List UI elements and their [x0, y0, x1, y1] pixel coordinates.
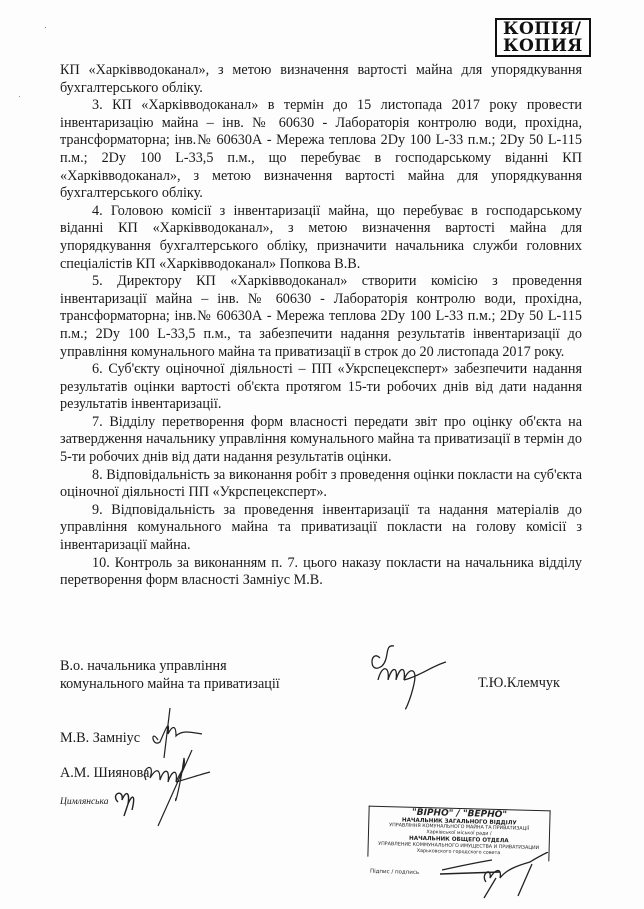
verno-stamp-sign-label: Підпис / подпись	[370, 869, 419, 876]
paragraph-item-4: 4. Головою комісії з інвентаризації майн…	[60, 203, 582, 273]
scan-speck	[45, 27, 46, 28]
signatory-title: В.о. начальника управління комунального …	[60, 657, 280, 693]
signatory-name: Т.Ю.Клемчук	[478, 675, 560, 692]
signature-klemchuk-icon	[360, 636, 450, 716]
signatures-approvals-icon	[110, 698, 220, 828]
signatory-title-line1: В.о. начальника управління	[60, 657, 280, 675]
verno-signature-icon	[440, 852, 550, 902]
paragraph-item-10: 10. Контроль за виконанням п. 7. цього н…	[60, 555, 582, 590]
paragraph-item-3: 3. КП «Харківводоканал» в термін до 15 л…	[60, 97, 582, 203]
scan-speck	[19, 96, 20, 97]
copy-stamp-line-ru: КОПИЯ	[503, 38, 583, 55]
paragraph-item-9: 9. Відповідальність за проведення інвент…	[60, 502, 582, 555]
paragraph-item-8: 8. Відповідальність за виконання робіт з…	[60, 467, 582, 502]
executor-name: Цимлянська	[60, 797, 108, 807]
paragraph-continuation: КП «Харківводоканал», з метою визначення…	[60, 62, 582, 97]
document-page: КОПІЯ/ КОПИЯ КП «Харківводоканал», з мет…	[0, 0, 644, 909]
paragraph-item-7: 7. Відділу перетворення форм власності п…	[60, 414, 582, 467]
order-body: КП «Харківводоканал», з метою визначення…	[60, 62, 582, 590]
signatory-title-line2: комунального майна та приватизації	[60, 675, 280, 693]
copy-stamp: КОПІЯ/ КОПИЯ	[495, 18, 591, 57]
paragraph-item-6: 6. Суб'єкту оціночної діяльності – ПП «У…	[60, 361, 582, 414]
paragraph-item-5: 5. Директору КП «Харківводоканал» створи…	[60, 273, 582, 361]
